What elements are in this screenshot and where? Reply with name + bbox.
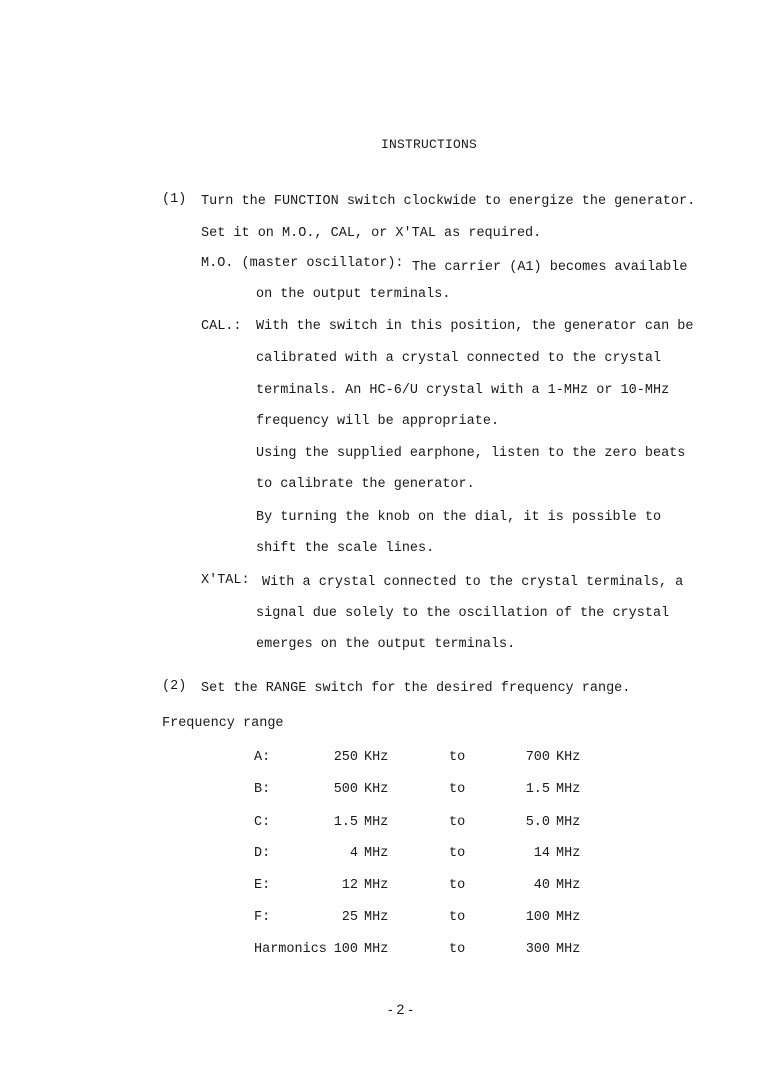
upper-value: 40: [510, 878, 550, 893]
band-label: B:: [254, 782, 270, 797]
xtal-line-3: emerges on the output terminals.: [256, 637, 515, 652]
upper-value: 1.5: [510, 782, 550, 797]
cal-line-4: frequency will be appropriate.: [256, 414, 499, 429]
upper-unit: MHz: [556, 878, 580, 893]
page-number: - 2 -: [388, 1001, 413, 1017]
band-label: F:: [254, 910, 270, 925]
mo-line-1: The carrier (A1) becomes available: [412, 260, 687, 275]
from-unit: KHz: [364, 750, 388, 765]
cal-line-7: By turning the knob on the dial, it is p…: [256, 510, 661, 525]
from-unit: MHz: [364, 942, 388, 957]
mo-label: M.O. (master oscillator):: [201, 256, 404, 271]
to-label: to: [449, 878, 465, 893]
section-1-line-2: Set it on M.O., CAL, or X'TAL as require…: [201, 226, 541, 241]
upper-unit: MHz: [556, 782, 580, 797]
table-row: Harmonics 100 MHz to 300 MHz: [0, 942, 764, 962]
cal-line-6: to calibrate the generator.: [256, 477, 475, 492]
section-2-line-1: Set the RANGE switch for the desired fre…: [201, 681, 630, 696]
band-label: D:: [254, 846, 270, 861]
to-label: to: [449, 942, 465, 957]
to-label: to: [449, 750, 465, 765]
table-row: E: 12 MHz to 40 MHz: [0, 878, 764, 898]
cal-line-5: Using the supplied earphone, listen to t…: [256, 446, 685, 461]
from-unit: KHz: [364, 782, 388, 797]
xtal-line-2: signal due solely to the oscillation of …: [256, 606, 669, 621]
section-2-number: (2): [162, 679, 186, 694]
section-1-number: (1): [162, 192, 186, 207]
upper-value: 700: [510, 750, 550, 765]
cal-line-2: calibrated with a crystal connected to t…: [256, 351, 661, 366]
from-value: 25: [318, 910, 358, 925]
upper-unit: MHz: [556, 942, 580, 957]
table-row: F: 25 MHz to 100 MHz: [0, 910, 764, 930]
upper-value: 100: [510, 910, 550, 925]
upper-unit: MHz: [556, 846, 580, 861]
from-value: 250: [318, 750, 358, 765]
to-label: to: [449, 782, 465, 797]
cal-line-8: shift the scale lines.: [256, 541, 434, 556]
band-label: Harmonics: [254, 942, 327, 957]
from-value: 500: [318, 782, 358, 797]
upper-unit: MHz: [556, 910, 580, 925]
from-value: 1.5: [318, 815, 358, 830]
band-label: A:: [254, 750, 270, 765]
cal-line-3: terminals. An HC-6/U crystal with a 1-MH…: [256, 383, 669, 398]
cal-label: CAL.:: [201, 319, 242, 334]
to-label: to: [449, 910, 465, 925]
table-row: B: 500 KHz to 1.5 MHz: [0, 782, 764, 802]
from-value: 12: [318, 878, 358, 893]
from-unit: MHz: [364, 815, 388, 830]
cal-line-1: With the switch in this position, the ge…: [256, 319, 693, 334]
from-value: 4: [318, 846, 358, 861]
xtal-line-1: With a crystal connected to the crystal …: [262, 575, 683, 590]
from-unit: MHz: [364, 878, 388, 893]
mo-line-2: on the output terminals.: [256, 287, 450, 302]
from-value: 100: [318, 942, 358, 957]
page-title: INSTRUCTIONS: [381, 137, 477, 152]
frequency-range-heading: Frequency range: [162, 716, 284, 731]
upper-unit: MHz: [556, 815, 580, 830]
table-row: C: 1.5 MHz to 5.0 MHz: [0, 815, 764, 835]
table-row: D: 4 MHz to 14 MHz: [0, 846, 764, 866]
upper-value: 5.0: [510, 815, 550, 830]
from-unit: MHz: [364, 846, 388, 861]
band-label: C:: [254, 815, 270, 830]
from-unit: MHz: [364, 910, 388, 925]
upper-value: 14: [510, 846, 550, 861]
band-label: E:: [254, 878, 270, 893]
upper-unit: KHz: [556, 750, 580, 765]
table-row: A: 250 KHz to 700 KHz: [0, 750, 764, 770]
section-1-line-1: Turn the FUNCTION switch clockwide to en…: [201, 194, 695, 209]
to-label: to: [449, 815, 465, 830]
xtal-label: X'TAL:: [201, 573, 250, 588]
to-label: to: [449, 846, 465, 861]
upper-value: 300: [510, 942, 550, 957]
